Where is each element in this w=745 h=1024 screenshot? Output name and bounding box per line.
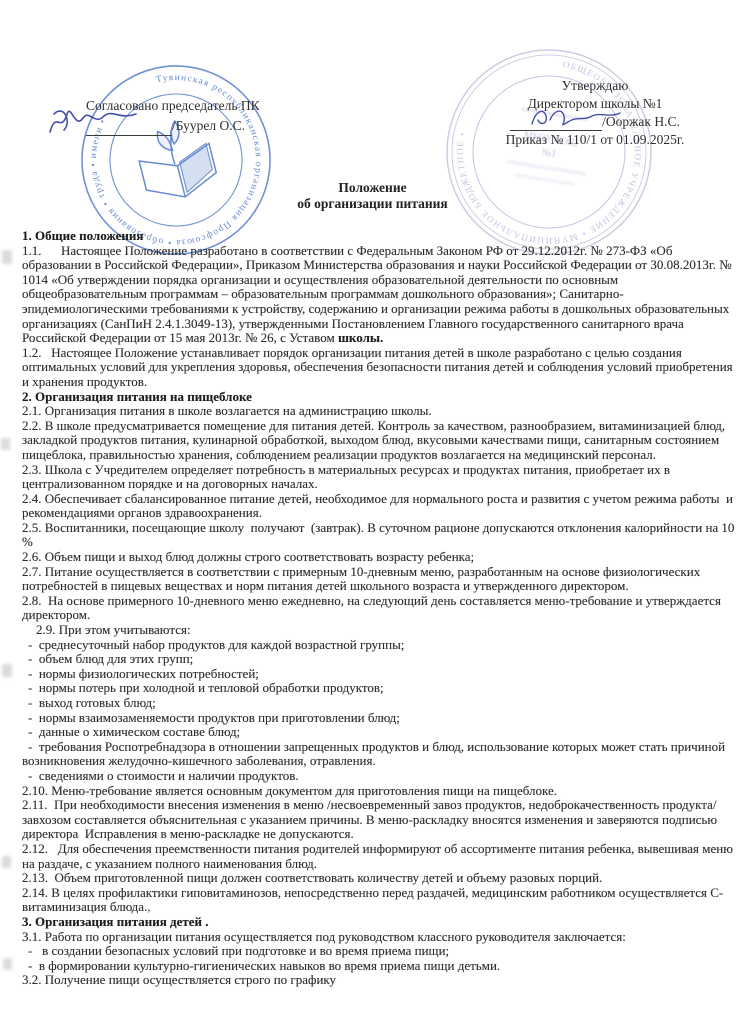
paragraph: 2.10. Меню-требование является основным … bbox=[22, 784, 735, 799]
paragraph: - нормы физиологических потребностей; bbox=[22, 667, 735, 682]
paragraph: - объем блюд для этих групп; bbox=[22, 652, 735, 667]
scan-artifact bbox=[2, 856, 11, 868]
paragraph: 2.4. Обеспечивает сбалансированное питан… bbox=[22, 492, 735, 521]
document-title: Положение об организации питания bbox=[0, 180, 745, 211]
order-line: Приказ № 110/1 от 01.09.2025г. bbox=[455, 131, 735, 149]
paragraph: - требования Роспотребнадзора в отношени… bbox=[22, 740, 735, 769]
scan-artifact bbox=[1, 438, 10, 450]
agreement-name: /Буурел О.С. bbox=[172, 116, 245, 136]
title-line-2: об организации питания bbox=[0, 196, 745, 212]
paragraph: 1.1. Настоящее Положение разработано в с… bbox=[22, 244, 735, 346]
scan-artifact bbox=[2, 250, 12, 264]
document-body: 1. Общие положения1.1. Настоящее Положен… bbox=[22, 229, 735, 988]
approval-word: Утверждаю bbox=[455, 77, 735, 95]
paragraph: - среднесуточный набор продуктов для каж… bbox=[22, 638, 735, 653]
paragraph: 2.1. Организация питания в школе возлага… bbox=[22, 404, 735, 419]
paragraph: 2.8. На основе примерного 10-дневного ме… bbox=[22, 594, 735, 623]
paragraph: 2.3. Школа с Учредителем определяет потр… bbox=[22, 463, 735, 492]
section-heading: 3. Организация питания детей . bbox=[22, 915, 735, 930]
paragraph: 2.9. При этом учитываются: bbox=[22, 623, 735, 638]
paragraph: 3.1. Работа по организации питания осуще… bbox=[22, 930, 735, 945]
paragraph: 2.6. Объем пищи и выход блюд должны стро… bbox=[22, 550, 735, 565]
paragraph: 2.11. При необходимости внесения изменен… bbox=[22, 798, 735, 842]
paragraph: 2.12. Для обеспечения преемственности пи… bbox=[22, 842, 735, 871]
paragraph: - в формировании культурно-гигиенических… bbox=[22, 959, 735, 974]
paragraph: - данные о химическом составе блюд; bbox=[22, 725, 735, 740]
scan-artifact bbox=[3, 958, 12, 970]
title-line-1: Положение bbox=[0, 180, 745, 196]
pk-chair-signature bbox=[46, 100, 146, 140]
paragraph: - в создании безопасных условий при подг… bbox=[22, 944, 735, 959]
paragraph: 2.7. Питание осуществляется в соответств… bbox=[22, 565, 735, 594]
paragraph: 2.2. В школе предусматривается помещение… bbox=[22, 419, 735, 463]
paragraph: - нормы потерь при холодной и тепловой о… bbox=[22, 681, 735, 696]
section-heading: 2. Организация питания на пищеблоке bbox=[22, 390, 735, 405]
paragraph: - выход готовых блюд; bbox=[22, 696, 735, 711]
paragraph: 3.2. Получение пищи осуществляется строг… bbox=[22, 973, 735, 988]
section-heading: 1. Общие положения bbox=[22, 229, 735, 244]
scan-artifact bbox=[2, 664, 12, 677]
paragraph: - сведениями о стоимости и наличии проду… bbox=[22, 769, 735, 784]
director-signature bbox=[528, 104, 624, 130]
paragraph: - нормы взаимозаменяемости продуктов при… bbox=[22, 711, 735, 726]
paragraph: 2.14. В целях профилактики гиповитаминоз… bbox=[22, 886, 735, 915]
paragraph: 2.13. Объем приготовленной пищи должен с… bbox=[22, 871, 735, 886]
paragraph: 1.2. Настоящее Положение устанавливает п… bbox=[22, 346, 735, 390]
paragraph: 2.5. Воспитанники, посещающие школу полу… bbox=[22, 521, 735, 550]
document-page: Тувинская республиканская организация Пр… bbox=[0, 0, 745, 1024]
